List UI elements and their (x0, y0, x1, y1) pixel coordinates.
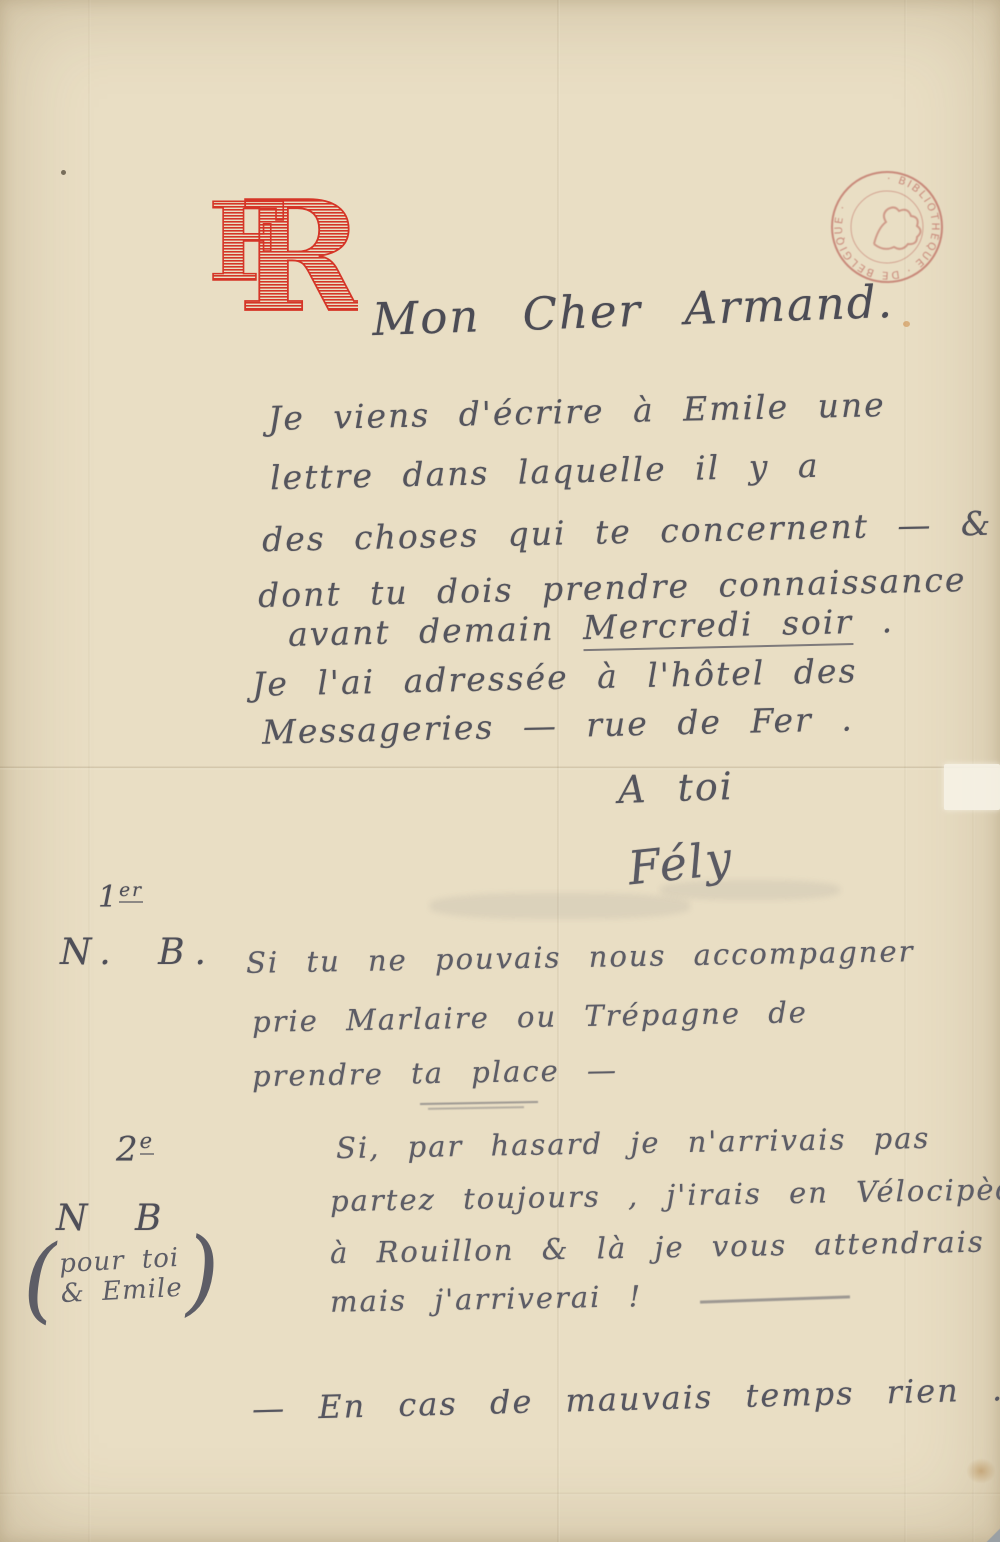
nb2-line: Si, par hasard je n'arrivais pas (336, 1121, 931, 1165)
letter-scan: F R · BIBLIOTHÈQUE · DE BELGIQUE · Mon C… (0, 0, 1000, 1542)
close-paren: ) (181, 1225, 222, 1319)
salutation: Mon Cher Armand. (371, 275, 894, 346)
nb1-number-digit: 1 (98, 880, 119, 915)
nb2-line: mais j'arriverai ! (330, 1279, 643, 1318)
eraser-smudge (430, 893, 690, 919)
nb2-number: 2e (116, 1128, 154, 1169)
corner-shadow (966, 1512, 1000, 1542)
rust-speck (903, 321, 910, 327)
nb2-number-suffix: e (140, 1128, 154, 1155)
body-line: des choses qui te concernent — & (262, 504, 993, 560)
ink-speck (61, 170, 66, 175)
body-line: lettre dans laquelle il y a (270, 446, 820, 497)
stamp-text: · BIBLIOTHÈQUE · DE BELGIQUE · (833, 173, 942, 281)
pencil-dash (700, 1295, 850, 1303)
monogram-fr-icon: F R (208, 152, 358, 327)
body-line5-period: . (881, 601, 894, 640)
body-line: Je l'ai adressée à l'hôtel des (252, 651, 858, 704)
body-line5-underlined: Mercredi soir (582, 602, 853, 651)
nb1-line: Si tu ne pouvais nous accompagner (246, 934, 915, 980)
body-line: Messageries — rue de Fer . (262, 699, 855, 751)
nb1-line: prie Marlaire ou Trépagne de (252, 995, 808, 1039)
body-line5-prefix: avant demain (288, 609, 555, 654)
pencil-divider (428, 1106, 524, 1110)
library-stamp-icon: · BIBLIOTHÈQUE · DE BELGIQUE · (826, 166, 948, 288)
paren-line: & Emile (60, 1273, 183, 1309)
repair-patch (944, 764, 1000, 810)
postscript: — En cas de mauvais temps rien . (252, 1370, 1000, 1428)
nb2-line: partez toujours , j'irais en Vélocipède (330, 1172, 1000, 1218)
stain (966, 1458, 996, 1484)
nb2-number-digit: 2 (116, 1129, 140, 1169)
pencil-divider (420, 1101, 538, 1105)
closing: A toi (617, 764, 734, 812)
open-paren: ( (20, 1233, 61, 1327)
svg-text:· BIBLIOTHÈQUE · DE BELGIQUE ·: · BIBLIOTHÈQUE · DE BELGIQUE · (833, 173, 942, 281)
nb1-line: prendre ta place — (252, 1053, 619, 1093)
body-line: Je viens d'écrire à Emile une (268, 385, 886, 438)
monogram-letter-r: R (238, 167, 358, 327)
stamp-lion-emblem (874, 207, 921, 249)
signature: Fély (625, 831, 735, 896)
horizontal-fold-crease (0, 766, 1000, 770)
nb2-line: à Rouillon & là je vous attendrais , (330, 1224, 1000, 1270)
nb1-number-suffix: er (119, 880, 143, 903)
nb1-number: 1er (98, 880, 143, 915)
nb1-label: N. B. (60, 932, 216, 973)
horizontal-crease-bottom (0, 1492, 1000, 1496)
nb2-paren-note: ( pour toi & Emile ) (20, 1225, 222, 1327)
